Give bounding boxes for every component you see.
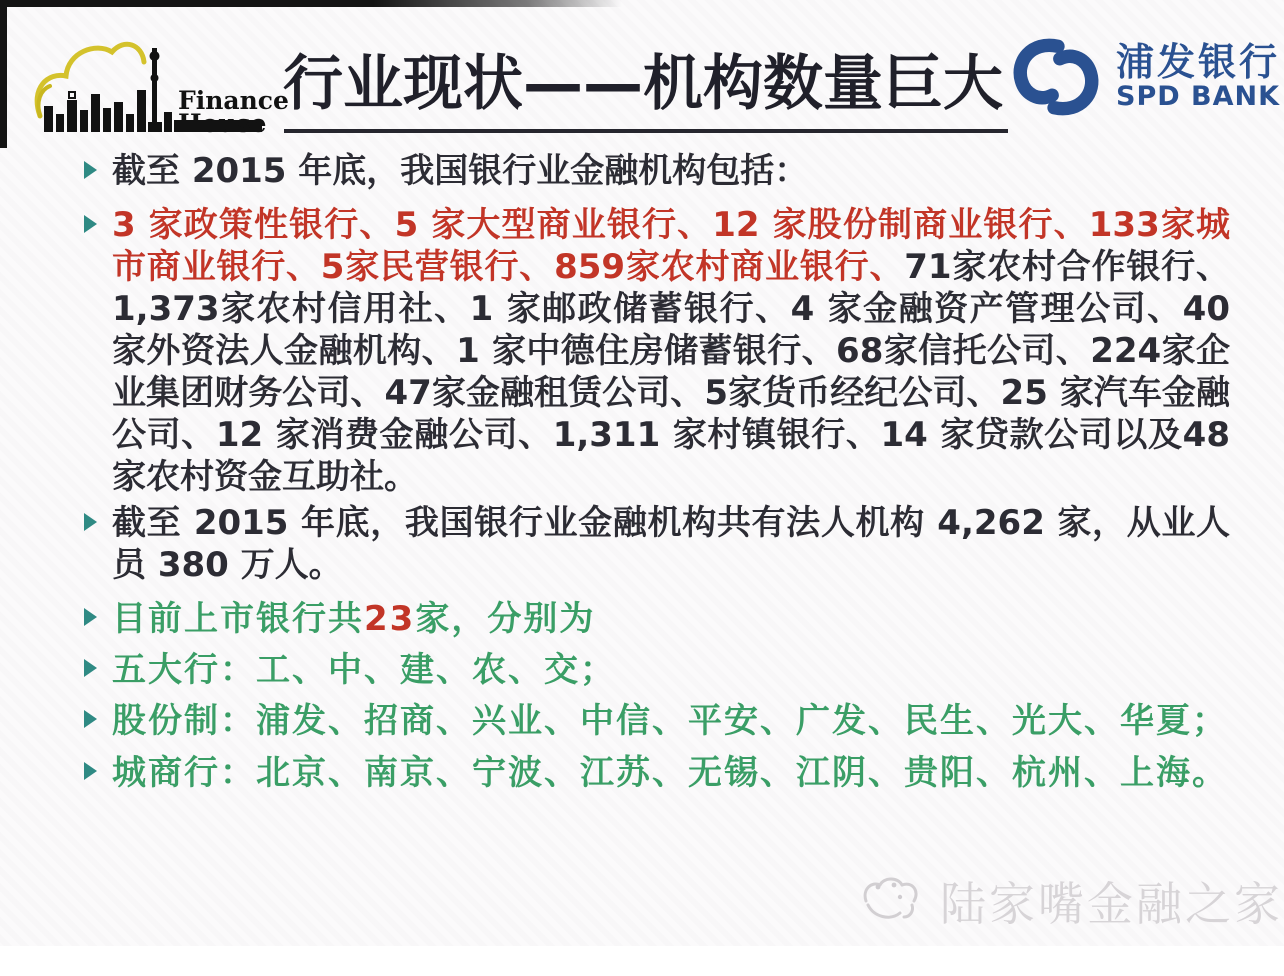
bullet-list: 截至 2015 年底，我国银行业金融机构包括：3 家政策性银行、5 家大型商业银… [84, 150, 1236, 807]
finance-house-wordmark: Finance House [178, 90, 289, 135]
bullet-arrow-icon [84, 762, 97, 780]
spd-bank-wordmark: 浦发银行 SPD BANK [1116, 43, 1280, 111]
text-segment: 家，分别为 [415, 599, 595, 639]
text-segment: 五大行：工、中、建、农、交； [112, 650, 616, 690]
house-label: House [178, 113, 289, 136]
bullet-text: 目前上市银行共23家，分别为 [112, 597, 1230, 641]
bullet-arrow-icon [84, 513, 97, 531]
bullet-arrow-icon [84, 161, 97, 179]
bullet-row: 股份制：浦发、招商、兴业、中信、平安、广发、民生、光大、华夏； [84, 699, 1236, 743]
text-segment: 23 [364, 599, 415, 639]
bullet-row: 目前上市银行共23家，分别为 [84, 597, 1236, 641]
bullet-text: 3 家政策性银行、5 家大型商业银行、12 家股份制商业银行、133家城市商业银… [112, 204, 1230, 498]
spd-bank-name-cn: 浦发银行 [1116, 43, 1280, 83]
photo-crop-top-border [0, 0, 622, 7]
bullet-row: 城商行：北京、南京、宁波、江苏、无锡、江阴、贵阳、杭州、上海。 [84, 751, 1236, 795]
bottom-margin [0, 946, 1284, 976]
bullet-arrow-icon [84, 659, 97, 677]
bullet-text: 股份制：浦发、招商、兴业、中信、平安、广发、民生、光大、华夏； [112, 699, 1230, 743]
watermark-sketch-icon [860, 875, 926, 927]
slide: Finance House 行业现状——机构数量巨大 浦发银行 SPD BANK… [0, 0, 1284, 976]
watermark: 陆家嘴金融之家 [860, 868, 1283, 934]
bullet-text: 城商行：北京、南京、宁波、江苏、无锡、江阴、贵阳、杭州、上海。 [112, 751, 1230, 795]
bullet-text: 截至 2015 年底，我国银行业金融机构包括： [112, 150, 1230, 192]
text-segment: 城商行：北京、南京、宁波、江苏、无锡、江阴、贵阳、杭州、上海。 [112, 753, 1228, 793]
text-segment: 截至 2015 年底，我国银行业金融机构包括： [112, 151, 808, 191]
bullet-arrow-icon [84, 710, 97, 728]
text-segment: 截至 2015 年底，我国银行业金融机构共有法人机构 4,262 家，从业人员 … [112, 503, 1230, 585]
page-title: 行业现状——机构数量巨大 [283, 36, 1023, 122]
spd-bank-mark-icon [1008, 36, 1104, 118]
spd-bank-name-en: SPD BANK [1116, 83, 1280, 111]
spd-bank-logo: 浦发银行 SPD BANK [1008, 36, 1280, 118]
watermark-text: 陆家嘴金融之家 [940, 868, 1283, 934]
bullet-arrow-icon [84, 608, 97, 626]
bullet-arrow-icon [84, 215, 97, 233]
text-segment: 股份制：浦发、招商、兴业、中信、平安、广发、民生、光大、华夏； [112, 701, 1228, 741]
bullet-row: 五大行：工、中、建、农、交； [84, 648, 1236, 692]
finance-house-logo: Finance House [26, 30, 262, 146]
photo-crop-left-border [0, 0, 7, 148]
title-underline [284, 129, 1008, 133]
bullet-row: 3 家政策性银行、5 家大型商业银行、12 家股份制商业银行、133家城市商业银… [84, 204, 1236, 498]
bullet-row: 截至 2015 年底，我国银行业金融机构包括： [84, 150, 1236, 192]
bullet-row: 截至 2015 年底，我国银行业金融机构共有法人机构 4,262 家，从业人员 … [84, 502, 1236, 586]
text-segment: 目前上市银行共 [112, 599, 364, 639]
bullet-text: 截至 2015 年底，我国银行业金融机构共有法人机构 4,262 家，从业人员 … [112, 502, 1230, 586]
bullet-text: 五大行：工、中、建、农、交； [112, 648, 1230, 692]
